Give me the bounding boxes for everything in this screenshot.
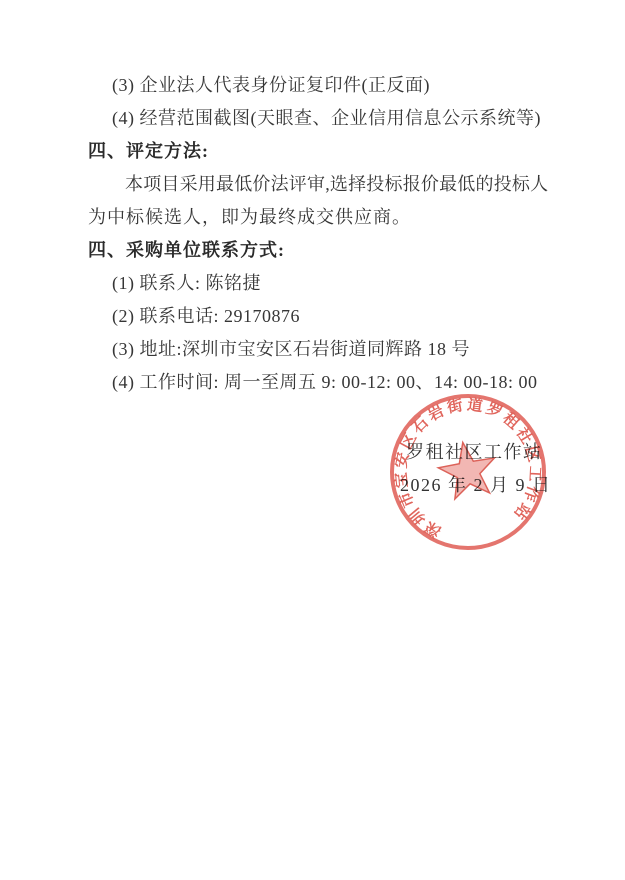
heading-evaluation: 四、评定方法: <box>88 135 558 168</box>
document-page: (3) 企业法人代表身份证复印件(正反面) (4) 经营范围截图(天眼查、企业信… <box>0 0 625 880</box>
contact-person-line: (1) 联系人: 陈铭捷 <box>112 267 558 300</box>
doc-line-attachment-3: (3) 企业法人代表身份证复印件(正反面) <box>112 69 558 102</box>
document-body: (3) 企业法人代表身份证复印件(正反面) (4) 经营范围截图(天眼查、企业信… <box>88 69 558 399</box>
paragraph-line-2: 为中标候选人，即为最终成交供应商。 <box>88 201 558 234</box>
contact-phone-line: (2) 联系电话: 29170876 <box>112 300 558 333</box>
official-seal: 深圳市宝安区石岩街道罗租社区工作站 <box>352 356 584 588</box>
paragraph-line-1: 本项目采用最低价法评审,选择投标报价最低的投标人 <box>125 168 558 201</box>
seal-graphic: 深圳市宝安区石岩街道罗租社区工作站 <box>352 356 584 588</box>
doc-line-attachment-4: (4) 经营范围截图(天眼查、企业信用信息公示系统等) <box>112 102 558 135</box>
star-icon <box>435 438 501 501</box>
contact-address-line: (3) 地址:深圳市宝安区石岩街道同辉路 18 号 <box>112 333 558 366</box>
heading-contact: 四、采购单位联系方式: <box>88 234 558 267</box>
